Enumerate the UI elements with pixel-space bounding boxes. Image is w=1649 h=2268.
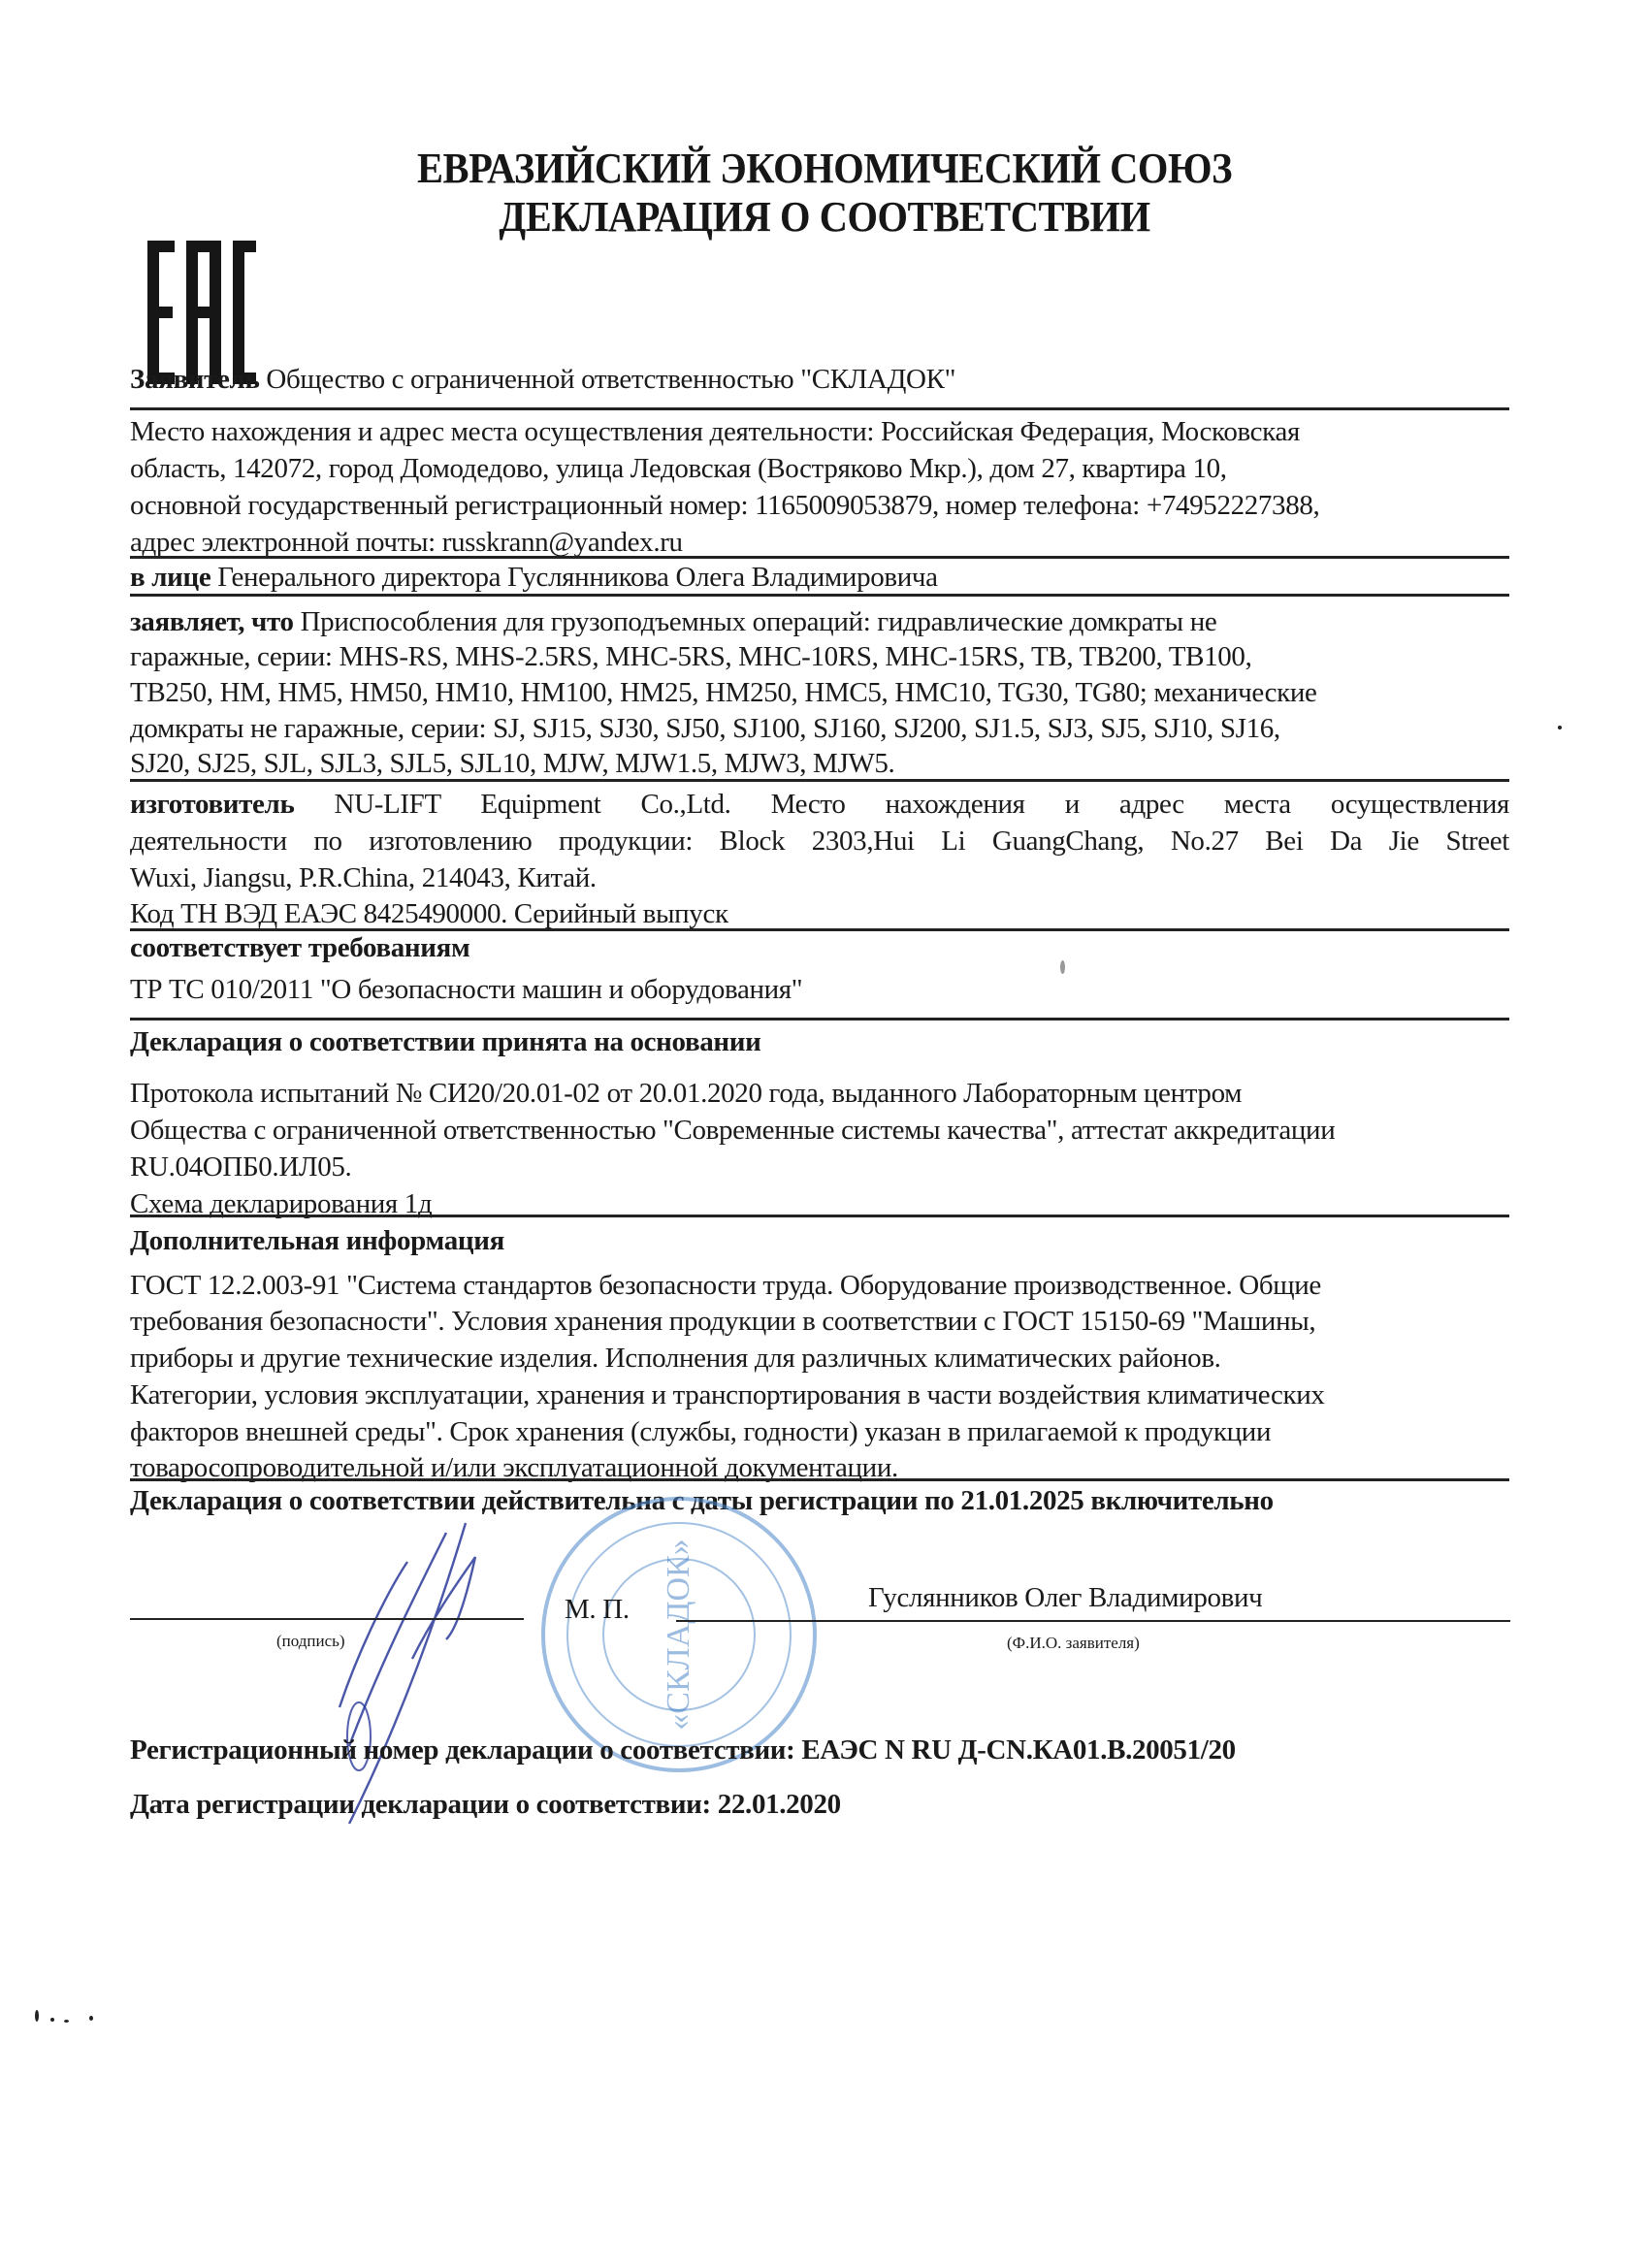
basis-label: Декларация о соответствии принята на осн…: [130, 1025, 761, 1058]
seal-label: М. П.: [565, 1593, 630, 1626]
address-line-2: область, 142072, город Домодедово, улица…: [130, 452, 1227, 485]
divider: [130, 556, 1509, 559]
additional-line-2: требования безопасности". Условия хранен…: [130, 1305, 1315, 1338]
svg-text:«СКЛАДОК»: «СКЛАДОК»: [661, 1539, 696, 1730]
registration-number: Регистрационный номер декларации о соотв…: [130, 1733, 1236, 1766]
additional-label: Дополнительная информация: [130, 1224, 504, 1257]
basis-line-3: RU.04ОПБ0.ИЛ05.: [130, 1150, 351, 1183]
applicant-label: Заявитель: [130, 364, 259, 395]
manufacturer-line-3: Wuxi, Jiangsu, P.R.China, 214043, Китай.: [130, 861, 597, 894]
declares-label: заявляет, что: [130, 606, 294, 637]
basis-line-1: Протокола испытаний № СИ20/20.01-02 от 2…: [130, 1077, 1242, 1110]
scan-speck: [89, 2016, 93, 2021]
applicant-line: Заявитель Общество с ограниченной ответс…: [130, 363, 955, 396]
divider: [130, 1478, 1509, 1481]
manufacturer-label: изготовитель: [130, 789, 294, 820]
declares-text: Приспособления для грузоподъемных операц…: [301, 606, 1217, 637]
manufacturer-text: NU-LIFT Equipment Co.,Ltd. Место нахожде…: [335, 789, 1509, 820]
signature-scribble-icon: [320, 1504, 514, 1824]
declares-line-3: TB250, HM, HM5, HM50, HM10, HM100, HM25,…: [130, 676, 1317, 709]
represented-by: Генерального директора Гуслянникова Олег…: [217, 562, 937, 593]
address-line-3: основной государственный регистрационный…: [130, 489, 1319, 522]
scan-speck: [64, 2020, 69, 2023]
scan-speck: [1558, 726, 1562, 729]
declares-line-5: SJ20, SJ25, SJL, SJL3, SJL5, SJL10, MJW,…: [130, 747, 894, 780]
manufacturer-line-1: изготовитель NU-LIFT Equipment Co.,Ltd. …: [130, 788, 1509, 821]
document-title: ДЕКЛАРАЦИЯ О СООТВЕТСТВИИ: [66, 192, 1583, 242]
signature-line: [130, 1618, 524, 1620]
name-caption: (Ф.И.О. заявителя): [1007, 1634, 1140, 1653]
divider: [130, 779, 1509, 782]
represented-line: в лице Генерального директора Гусляннико…: [130, 561, 938, 594]
divider: [130, 594, 1509, 597]
requirements-text: ТР ТС 010/2011 "О безопасности машин и о…: [130, 973, 802, 1006]
additional-line-1: ГОСТ 12.2.003-91 "Система стандартов без…: [130, 1269, 1321, 1302]
represented-label: в лице: [130, 562, 210, 593]
divider: [130, 407, 1509, 410]
scan-speck: [35, 2010, 39, 2022]
requirements-label: соответствует требованиям: [130, 931, 469, 964]
address-line-1: Место нахождения и адрес места осуществл…: [130, 415, 1300, 448]
applicant-name: Общество с ограниченной ответственностью…: [266, 364, 955, 395]
declares-line-4: домкраты не гаражные, серии: SJ, SJ15, S…: [130, 712, 1280, 745]
scan-speck: [50, 2018, 54, 2022]
name-line: [676, 1620, 1510, 1622]
additional-line-5: факторов внешней среды". Срок хранения (…: [130, 1415, 1271, 1448]
declares-line-1: заявляет, что Приспособления для грузопо…: [130, 605, 1216, 638]
divider: [130, 1215, 1509, 1217]
signature-caption: (подпись): [276, 1632, 345, 1651]
additional-line-4: Категории, условия эксплуатации, хранени…: [130, 1378, 1325, 1411]
registration-date: Дата регистрации декларации о соответств…: [130, 1788, 841, 1821]
email-line: адрес электронной почты: russkrann@yande…: [130, 526, 683, 559]
tn-ved-code: Код ТН ВЭД ЕАЭС 8425490000. Серийный вып…: [130, 897, 728, 930]
divider: [130, 1018, 1509, 1021]
scan-speck: [1060, 960, 1065, 974]
union-title: ЕВРАЗИЙСКИЙ ЭКОНОМИЧЕСКИЙ СОЮЗ: [66, 144, 1583, 193]
declares-line-2: гаражные, серии: MHS-RS, MHS-2.5RS, MHC-…: [130, 640, 1251, 673]
manufacturer-line-2: деятельности по изготовлению продукции: …: [130, 825, 1509, 858]
additional-line-3: приборы и другие технические изделия. Ис…: [130, 1342, 1221, 1375]
basis-line-2: Общества с ограниченной ответственностью…: [130, 1114, 1335, 1147]
signer-name: Гуслянников Олег Владимирович: [868, 1581, 1262, 1614]
